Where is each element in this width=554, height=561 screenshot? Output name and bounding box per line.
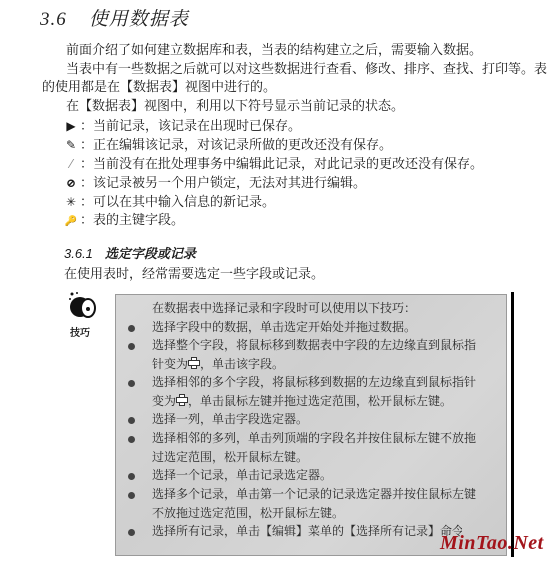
tip-item-continued: 不放拖过选定范围，松开鼠标左键。	[152, 504, 344, 523]
bullet-icon	[128, 436, 135, 443]
tip-item: 选择相邻的多个字段，将鼠标移到数据的左边缘直到鼠标指针	[152, 373, 476, 392]
bullet-icon	[128, 343, 135, 350]
tip-item: 选择字段中的数据，单击选定开始处并拖过数据。	[152, 318, 416, 337]
paragraph: 在【数据表】视图中，利用以下符号显示当前记录的状态。	[66, 98, 404, 116]
watermark: MinTao.Net	[440, 532, 544, 555]
new-record-asterisk-icon: ✳	[64, 193, 78, 211]
pencil-batch-icon: ⁄	[64, 155, 78, 173]
tip-item: 选择相邻的多列，单击列顶端的字段名并按住鼠标左键不放拖	[152, 429, 476, 448]
current-record-arrow-icon: ▶	[64, 117, 78, 135]
tip-label: 技巧	[70, 324, 90, 339]
subsection-intro: 在使用表时，经常需要选定一些字段或记录。	[64, 266, 324, 284]
bullet-icon	[128, 529, 135, 536]
section-title: 使用数据表	[89, 8, 189, 30]
locked-circle-icon: ⊘	[64, 174, 78, 192]
bullet-icon	[128, 380, 135, 387]
symbol-description: ：该记录被另一个用户锁定，无法对其进行编辑。	[80, 176, 366, 191]
cross-cursor-icon	[176, 394, 188, 406]
paragraph: 前面介绍了如何建立数据库和表，当表的结构建立之后，需要输入数据。	[66, 42, 482, 60]
bullet-icon	[128, 417, 135, 424]
text: ，单击鼠标左键并拖过选定范围，松开鼠标左键。	[188, 394, 452, 408]
primary-key-icon: 🔑	[64, 213, 78, 231]
text: ，单击该字段。	[200, 357, 284, 371]
tip-intro: 在数据表中选择记录和字段时可以使用以下技巧：	[152, 299, 416, 318]
symbol-row: ✳：可以在其中输入信息的新记录。	[64, 193, 275, 212]
symbol-row: ✎：正在编辑该记录，对该记录所做的更改还没有保存。	[64, 136, 392, 155]
tip-item-continued: 针变为，单击该字段。	[152, 355, 284, 374]
section-heading: 3.6使用数据表	[40, 4, 189, 31]
symbol-description: ：可以在其中输入信息的新记录。	[80, 195, 275, 210]
text: 变为	[152, 394, 176, 408]
text: 针变为	[152, 357, 188, 371]
tip-item: 选择多个记录，单击第一个记录的记录选定器并按住鼠标左键	[152, 485, 476, 504]
symbol-description: ：表的主键字段。	[80, 213, 184, 228]
bullet-icon	[128, 492, 135, 499]
vertical-rule	[511, 292, 514, 557]
tip-item: 选择一列，单击字段选定器。	[152, 410, 308, 429]
subsection-number: 3.6.1	[64, 246, 93, 261]
symbol-row: ⊘：该记录被另一个用户锁定，无法对其进行编辑。	[64, 174, 366, 193]
tip-item: 选择所有记录，单击【编辑】菜单的【选择所有记录】命令。	[152, 522, 462, 541]
section-number: 3.6	[40, 9, 67, 30]
symbol-description: ：当前记录，该记录在出现时已保存。	[80, 119, 301, 134]
symbol-row: ⁄：当前没有在批处理事务中编辑此记录，对此记录的更改还没有保存。	[64, 155, 483, 174]
symbol-row: ▶：当前记录，该记录在出现时已保存。	[64, 117, 301, 136]
tip-item: 选择整个字段，将鼠标移到数据表中字段的左边缘直到鼠标指	[152, 336, 476, 355]
tip-lightbulb-icon	[68, 290, 98, 320]
paragraph: 的使用都是在【数据表】视图中进行的。	[42, 79, 276, 97]
symbol-description: ：正在编辑该记录，对该记录所做的更改还没有保存。	[80, 138, 392, 153]
tip-item-continued: 变为，单击鼠标左键并拖过选定范围，松开鼠标左键。	[152, 392, 452, 411]
tip-item: 选择一个记录，单击记录选定器。	[152, 466, 332, 485]
subsection-heading: 3.6.1选定字段或记录	[64, 243, 196, 262]
symbol-description: ：当前没有在批处理事务中编辑此记录，对此记录的更改还没有保存。	[80, 157, 483, 172]
tip-item-continued: 过选定范围，松开鼠标左键。	[152, 448, 308, 467]
cross-cursor-icon	[188, 357, 200, 369]
symbol-row: 🔑：表的主键字段。	[64, 212, 184, 231]
paragraph: 当表中有一些数据之后就可以对这些数据进行查看、修改、排序、查找、打印等。表	[66, 61, 547, 79]
pencil-edit-icon: ✎	[64, 136, 78, 154]
subsection-title: 选定字段或记录	[105, 246, 196, 261]
bullet-icon	[128, 325, 135, 332]
bullet-icon	[128, 473, 135, 480]
